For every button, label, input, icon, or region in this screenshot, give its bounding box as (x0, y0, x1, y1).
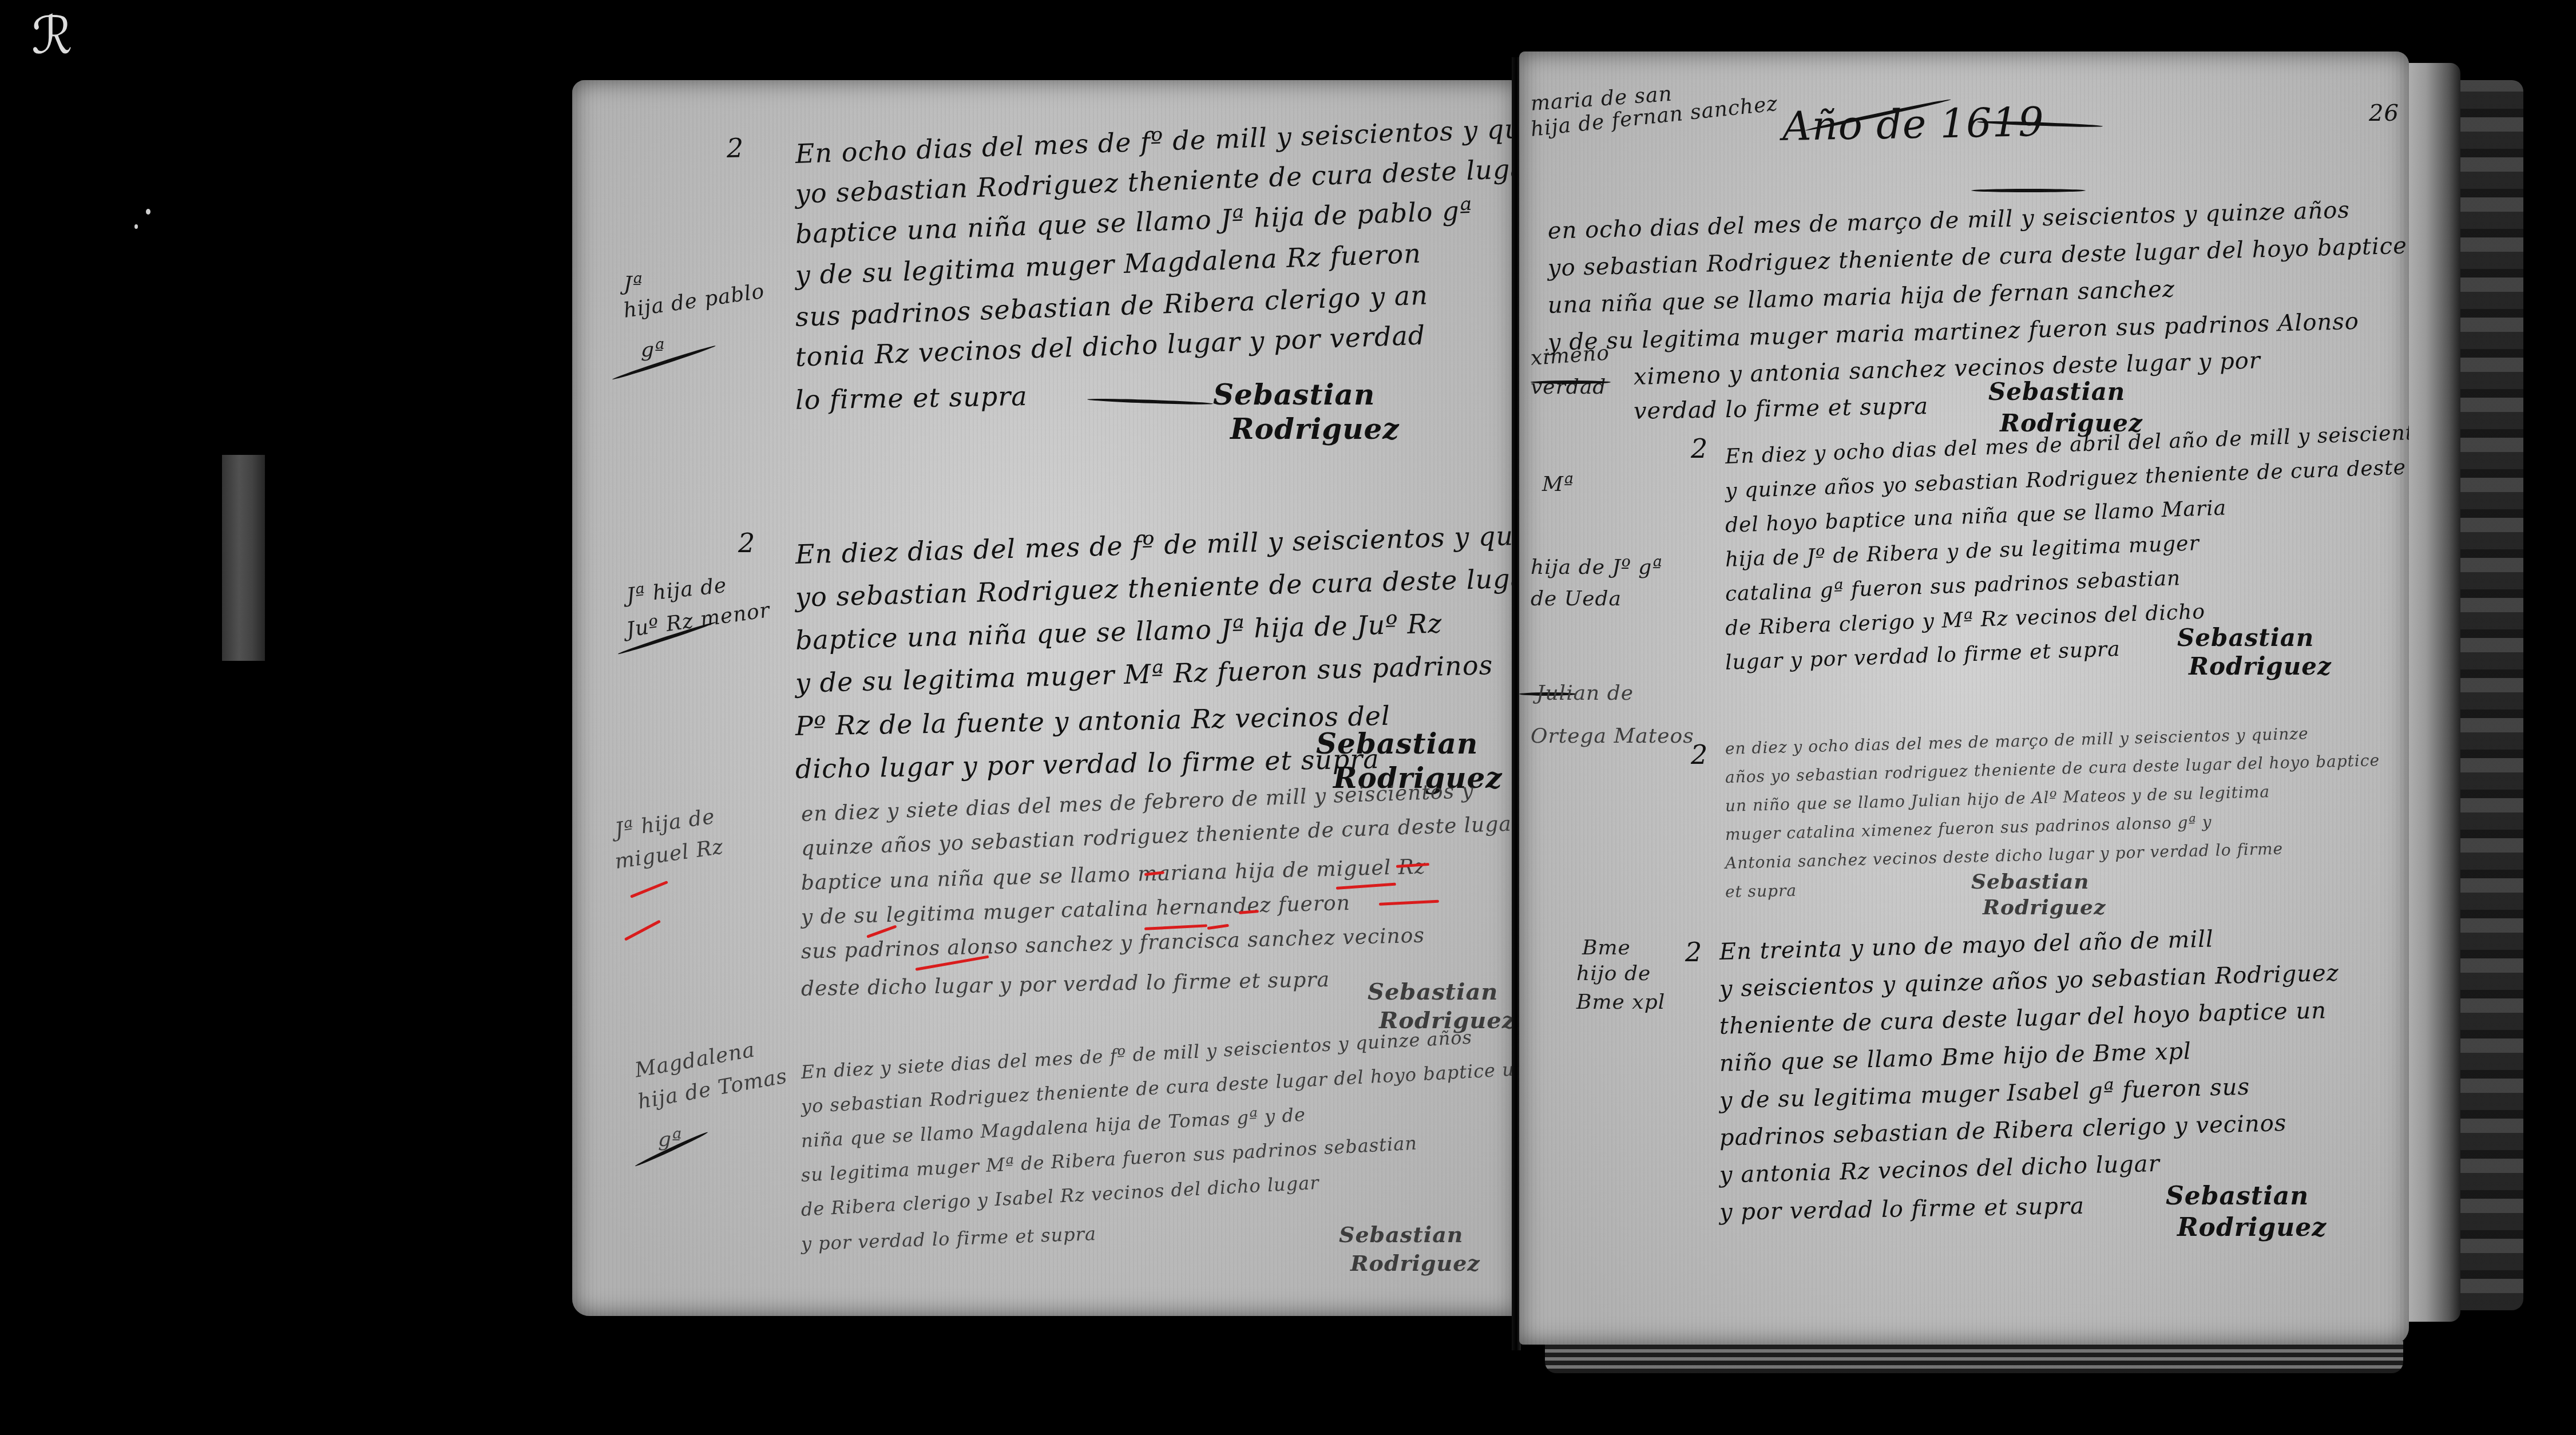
entry-line: y por verdad lo firme et supra (1719, 1190, 2084, 1229)
margin-note: hijo de (1576, 961, 1651, 986)
entry-line: verdad lo firme et supra (1633, 390, 1928, 428)
signature: Sebastian (1316, 727, 1478, 760)
signature: Sebastian (2177, 624, 2314, 652)
margin-flourish (1531, 380, 1611, 384)
margin-note: Mª (1542, 472, 1574, 497)
margin-note: Jª (624, 272, 643, 297)
margin-note: Jª hija de (625, 573, 728, 609)
margin-note: Bme (1582, 935, 1631, 961)
entry-line: y de su legitima muger Mª Rz fueron sus … (795, 648, 1493, 700)
entry-line: et supra (1725, 874, 1797, 909)
entry-number: 2 (726, 131, 744, 165)
red-underline (630, 881, 668, 898)
signature: Sebastian (1213, 378, 1375, 411)
signature: Rodriguez (2189, 652, 2332, 680)
signature: Sebastian (1368, 978, 1498, 1005)
entry-line: En diez dias del mes de fº de mill y sei… (795, 518, 1516, 571)
left-page: 2 Jª hija de pablo gª En ocho dias del m… (572, 80, 1516, 1316)
signature-flourish (1087, 398, 1213, 406)
signature: Sebastian (1988, 378, 2125, 406)
entry-line: deste dicho lugar y por verdad lo firme … (800, 964, 1330, 1006)
dust-speck (134, 224, 138, 229)
margin-note: de Ueda (1531, 586, 1622, 612)
entry-line: baptice una niña que se llamo Jª hija de… (795, 606, 1442, 657)
margin-note: Ortega Mateos (1531, 724, 1694, 749)
signature: Rodriguez (2177, 1213, 2327, 1242)
spine-scrap-mark: ℛ (31, 6, 73, 66)
margin-note: hija de pablo (622, 279, 766, 324)
entry-number: 2 (1685, 935, 1702, 969)
binding-fabric-strip (222, 455, 265, 661)
signature: Rodriguez (1230, 412, 1400, 446)
entry-line: lo firme et supra (795, 379, 1028, 417)
signature: Sebastian (2166, 1182, 2309, 1211)
signature: Rodriguez (1983, 895, 2106, 919)
margin-note: Bme xpl (1576, 990, 1665, 1015)
red-underline (1379, 900, 1439, 906)
red-underline (624, 919, 661, 941)
book-edge-leaf (2403, 63, 2460, 1322)
signature: Rodriguez (1350, 1250, 1480, 1276)
entry-line: dicho lugar y por verdad lo firme et sup… (795, 742, 1380, 786)
margin-note: gª (641, 338, 665, 363)
heading-underline (1971, 189, 2086, 192)
margin-note: Julian de (1536, 681, 1634, 706)
book-edge-pages (2460, 80, 2523, 1310)
signature: Sebastian (1339, 1222, 1463, 1247)
entry-number: 2 (1691, 738, 1708, 771)
page-number: 26 (2369, 100, 2399, 126)
dust-speck (146, 209, 150, 215)
entry-line: Pº Rz de la fuente y antonia Rz vecinos … (795, 699, 1390, 743)
signature: Sebastian (1971, 870, 2089, 894)
entry-number: 2 (738, 526, 755, 560)
margin-note: hija de Jº gª (1531, 555, 1663, 580)
entry-number: 2 (1691, 432, 1708, 465)
right-page: maria de san hija de fernan sanchez Año … (1519, 51, 2409, 1345)
margin-note: verdad (1531, 375, 1606, 400)
entry-line: y antonia Rz vecinos del dicho lugar (1719, 1147, 2160, 1192)
